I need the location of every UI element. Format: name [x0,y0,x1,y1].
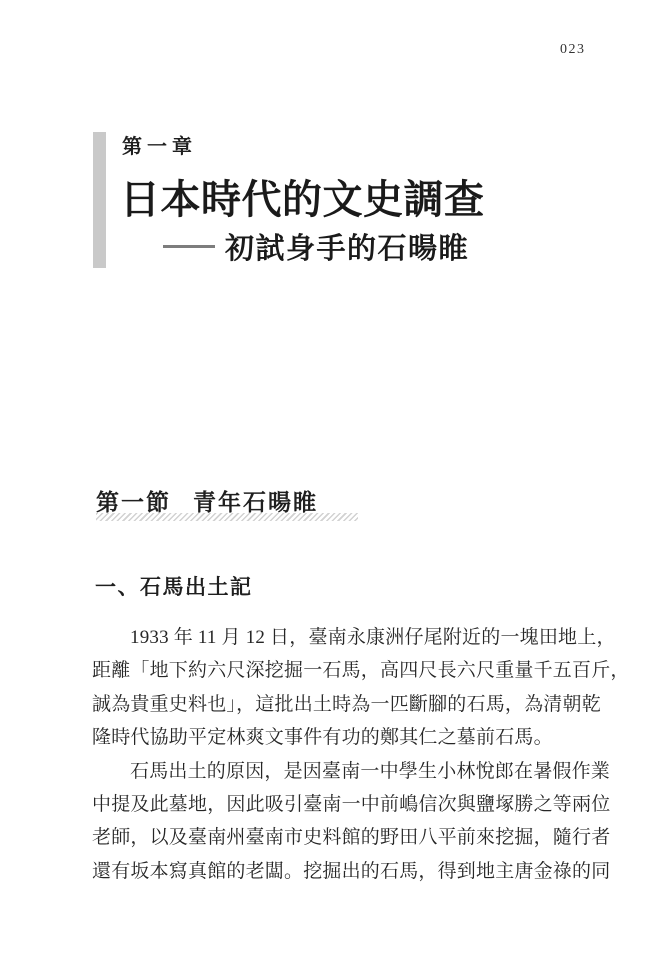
paragraph: 石馬出土的原因，是因臺南一中學生小林悅郎在暑假作業中提及此墓地，因此吸引臺南一中… [92,755,592,889]
text-line: 距離「地下約六尺深挖掘一石馬，高四尺長六尺重量千五百斤， [92,654,592,687]
chapter-title: 日本時代的文史調查 [120,168,485,225]
book-page: 023 第一章 日本時代的文史調查 初試身手的石暘睢 第一節青年石暘睢 一、石馬… [0,0,663,953]
text-line: 誠為貴重史料也」，這批出土時為一匹斷腳的石馬，為清朝乾 [92,688,592,721]
text-line: 石馬出土的原因，是因臺南一中學生小林悅郎在暑假作業 [92,755,592,788]
text-line: 還有坂本寫真館的老闆。挖掘出的石馬，得到地主唐金祿的同 [92,855,592,888]
section-number: 第一節 [96,490,171,515]
chapter-subtitle: 初試身手的石暘睢 [163,228,469,264]
chapter-label: 第一章 [122,130,197,159]
chapter-subtitle-text: 初試身手的石暘睢 [225,226,469,267]
text-line: 中提及此墓地，因此吸引臺南一中前嶋信次與鹽塚勝之等兩位 [92,788,592,821]
section-title: 青年石暘睢 [193,490,318,515]
subsection-heading: 一、石馬出土記 [95,571,253,601]
paragraph: 1933 年 11 月 12 日，臺南永康洲仔尾附近的一塊田地上，距離「地下約六… [92,621,592,755]
chapter-accent-bar [93,132,106,268]
text-line: 隆時代協助平定林爽文事件有功的鄭其仁之墓前石馬。 [92,721,592,754]
page-number: 023 [560,42,586,58]
body-text: 1933 年 11 月 12 日，臺南永康洲仔尾附近的一塊田地上，距離「地下約六… [92,621,592,888]
em-dash-rule [163,245,215,248]
text-line: 1933 年 11 月 12 日，臺南永康洲仔尾附近的一塊田地上， [92,621,592,654]
text-line: 老師，以及臺南州臺南市史料館的野田八平前來挖掘，隨行者 [92,821,592,854]
section-hatched-underline [96,513,358,521]
